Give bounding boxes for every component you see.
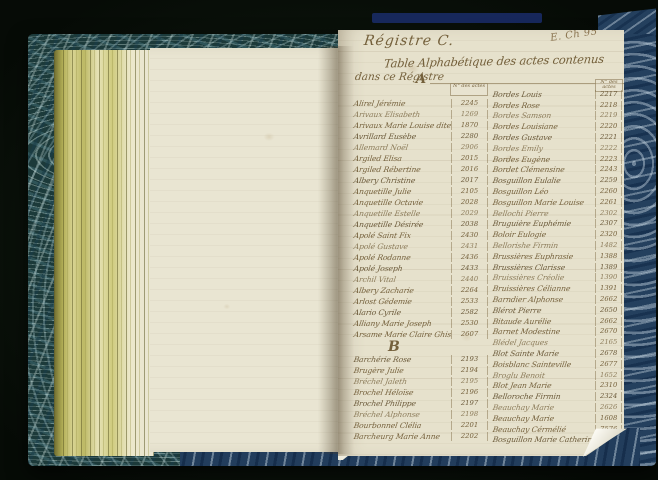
act-number: 2165 [595, 338, 622, 347]
register-row: Broglu Benoit 1652 [490, 369, 622, 380]
register-row: Beauchay Marie 1608 [490, 412, 622, 423]
person-name: Bordes Louis [490, 90, 597, 99]
person-name: Apolé Gustave [352, 242, 452, 251]
act-number: 2650 [595, 306, 622, 315]
register-row: Albery Christine 2017 [352, 174, 488, 185]
person-name: Alliany Marie Joseph [352, 319, 452, 328]
act-number: 2038 [451, 220, 488, 229]
person-name: Bordes Gustave [490, 133, 597, 142]
person-name: Apolé Saint Fix [352, 231, 452, 240]
act-number: 2431 [451, 242, 488, 251]
register-row: Beauchay Marie 2626 [490, 401, 622, 412]
person-name: Bosguillon Marie Louise [490, 198, 597, 207]
book-gutter-shadow [318, 46, 354, 454]
person-name: Arivaux Marie Louise dite Scévily [352, 121, 452, 130]
register-row: Blérot Pierre 2650 [490, 304, 622, 315]
person-name: Bréchel Jaleth [352, 377, 452, 386]
register-row: Bellochi Pierre 2302 [490, 207, 622, 218]
person-name: Belloroche Firmin [490, 392, 597, 401]
register-row: Bruguière Euphémie 2307 [490, 218, 622, 229]
register-row: Archil Vital 2440 [352, 273, 488, 284]
register-row: Bruissières Célianne 1391 [490, 282, 622, 293]
section-letter-b: B [352, 339, 488, 353]
act-number: 2195 [451, 377, 488, 386]
person-name: Bellochi Pierre [490, 209, 597, 218]
person-name: Avrillard Eusèbe [352, 132, 452, 141]
register-row: Brochel Héloïse 2196 [352, 386, 488, 397]
register-row: Blédel Jacques 2165 [490, 336, 622, 347]
act-number: 2261 [595, 198, 622, 207]
register-row: Bellorishe Firmin 1482 [490, 239, 622, 250]
act-number: 2223 [595, 155, 622, 164]
act-number: 2198 [451, 410, 488, 419]
act-number: 1389 [595, 263, 622, 272]
register-row: Bruissières Créolie 1390 [490, 272, 622, 283]
register-row: Alliany Marie Joseph 2530 [352, 317, 488, 328]
person-name: Brochel Héloïse [352, 388, 452, 397]
act-number: 2196 [451, 388, 488, 397]
person-name: Anquetille Désirée [352, 220, 452, 229]
register-row: Alirel Jérémie 2245 [352, 97, 488, 108]
act-number: 1269 [451, 110, 488, 119]
person-name: Bordes Samson [490, 111, 597, 120]
register-scan: E. Ch 95 Régistre C. Table Alphabétique … [0, 0, 658, 480]
person-name: Bruissières Créolie [490, 273, 597, 282]
person-name: Bitaude Aurélie [490, 317, 597, 326]
person-name: Beauchay Cérmélié [490, 425, 597, 434]
act-number: 2220 [595, 122, 622, 131]
register-row: Barndier Alphonse 2662 [490, 293, 622, 304]
act-number: 1870 [451, 121, 488, 130]
act-number: 1388 [595, 252, 622, 261]
register-row: Arsame Marie Claire Ghislaine 2607 [352, 328, 488, 339]
register-row: Bordes Samson 2219 [490, 110, 622, 121]
act-number: 2219 [595, 111, 622, 120]
act-number: 2307 [595, 219, 622, 228]
register-row: Brussières Clarisse 1389 [490, 261, 622, 272]
act-number: 2105 [451, 187, 488, 196]
person-name: Blot Sainte Marie [490, 349, 597, 358]
register-row: Boisblanc Sainteville 2677 [490, 358, 622, 369]
person-name: Barcheurg Marie Anne [352, 432, 452, 441]
person-name: Bosguillon Eulalie [490, 176, 597, 185]
act-number: 2017 [451, 176, 488, 185]
act-number: 2430 [451, 231, 488, 240]
act-number: 2222 [595, 144, 622, 153]
register-row: Bosguillon Marie Louise 2261 [490, 196, 622, 207]
person-name: Argiled Rébertine [352, 165, 452, 174]
page-subtitle-line1: Table Alphabétique des actes contenus [383, 51, 622, 70]
person-name: Barnet Modestine [490, 327, 597, 336]
act-number: 2530 [451, 319, 488, 328]
act-number: 2533 [451, 297, 488, 306]
book-spine-strip [372, 13, 542, 23]
act-number: 2677 [595, 360, 622, 369]
register-row: Bordet Clémensine 2243 [490, 164, 622, 175]
act-number: 2260 [595, 187, 622, 196]
register-row: Argiled Rébertine 2016 [352, 163, 488, 174]
register-row: Bordes Rose 2218 [490, 99, 622, 110]
act-number: 2662 [595, 295, 622, 304]
person-name: Bellorishe Firmin [490, 241, 597, 250]
register-row: Bordes Emily 2222 [490, 142, 622, 153]
act-number: 2202 [451, 432, 488, 441]
register-row: Arivaux Marie Louise dite Scévily 1870 [352, 119, 488, 130]
person-name: Bruissières Célianne [490, 284, 597, 293]
register-row: Bordes Louisiane 2220 [490, 120, 622, 131]
act-number: 2015 [451, 154, 488, 163]
right-page: E. Ch 95 Régistre C. Table Alphabétique … [338, 30, 624, 456]
act-number: 2217 [595, 90, 622, 99]
register-row: Bordes Louis 2217 [490, 88, 622, 99]
right-column: Bordes Louis 2217 Bordes Rose 2218 Borde… [490, 88, 622, 444]
act-number: 2324 [595, 392, 622, 401]
register-row: Bordes Gustave 2221 [490, 131, 622, 142]
person-name: Arlost Gédemie [352, 297, 452, 306]
act-number: 2906 [451, 143, 488, 152]
register-row: Boloir Eulogie 2320 [490, 228, 622, 239]
page-edges-stack [54, 50, 154, 456]
person-name: Bordes Emily [490, 144, 597, 153]
left-column: A Alirel Jérémie 2245 Arivaux Elisabeth … [352, 72, 488, 441]
person-name: Albery Christine [352, 176, 452, 185]
act-number: 2280 [451, 132, 488, 141]
register-row: Brugère Julie 2194 [352, 364, 488, 375]
person-name: Apolé Rodanne [352, 253, 452, 262]
register-row: Bordes Eugène 2223 [490, 153, 622, 164]
act-number: 2197 [451, 399, 488, 408]
person-name: Boisblanc Sainteville [490, 360, 597, 369]
act-number: 2245 [451, 99, 488, 108]
person-name: Broglu Benoit [490, 371, 597, 380]
act-number: 2662 [595, 317, 622, 326]
act-number: 2440 [451, 275, 488, 284]
person-name: Brugère Julie [352, 366, 452, 375]
register-row: Barchérie Rose 2193 [352, 353, 488, 364]
act-number: 2678 [595, 349, 622, 358]
person-name: Anquetille Octavie [352, 198, 452, 207]
person-name: Bréchel Alphonse [352, 410, 452, 419]
act-number: 2218 [595, 101, 622, 110]
register-row: Brussières Euphrasie 1388 [490, 250, 622, 261]
page-title: Régistre C. [363, 33, 455, 49]
act-number: 2016 [451, 165, 488, 174]
act-number: 2626 [595, 403, 622, 412]
act-number: 2582 [451, 308, 488, 317]
person-name: Brussières Euphrasie [490, 252, 597, 261]
register-row: Apolé Gustave 2431 [352, 240, 488, 251]
register-row: Apolé Rodanne 2436 [352, 251, 488, 262]
register-row: Blot Jean Marie 2310 [490, 380, 622, 391]
person-name: Bosguillon Marie Catherine [490, 435, 597, 444]
act-number: 2243 [595, 165, 622, 174]
register-row: Apolé Saint Fix 2430 [352, 229, 488, 240]
register-row: Belloroche Firmin 2324 [490, 390, 622, 401]
register-row: Anquetille Estelle 2029 [352, 207, 488, 218]
register-row: Apolé Joseph 2433 [352, 262, 488, 273]
register-row: Brochel Philippe 2197 [352, 397, 488, 408]
act-number: 2320 [595, 230, 622, 239]
act-number: 2193 [451, 355, 488, 364]
act-number: 1482 [595, 241, 622, 250]
register-row: Anquetille Octavie 2028 [352, 196, 488, 207]
person-name: Blédel Jacques [490, 338, 597, 347]
register-row: Alario Cyrile 2582 [352, 306, 488, 317]
person-name: Beauchay Marie [490, 403, 597, 412]
act-number: 2259 [595, 176, 622, 185]
person-name: Beauchay Marie [490, 414, 597, 423]
act-number: 2194 [451, 366, 488, 375]
act-number: 2201 [451, 421, 488, 430]
register-row: Blot Sainte Marie 2678 [490, 347, 622, 358]
act-number: 1652 [595, 371, 622, 380]
register-row: Barcheurg Marie Anne 2202 [352, 430, 488, 441]
act-number: 2029 [451, 209, 488, 218]
person-name: Argiled Elisa [352, 154, 452, 163]
register-row: Barnet Modestine 2670 [490, 326, 622, 337]
person-name: Anquetille Estelle [352, 209, 452, 218]
person-name: Arivaux Elisabeth [352, 110, 452, 119]
register-row: Anquetille Désirée 2038 [352, 218, 488, 229]
act-number: 2607 [451, 330, 488, 339]
register-row: Arivaux Elisabeth 1269 [352, 108, 488, 119]
act-number: 2670 [595, 327, 622, 336]
person-name: Bordes Louisiane [490, 122, 597, 131]
person-name: Barndier Alphonse [490, 295, 597, 304]
person-name: Archil Vital [352, 275, 452, 284]
person-name: Barchérie Rose [352, 355, 452, 364]
person-name: Bordes Rose [490, 101, 597, 110]
register-row: Bourbonnel Clélia 2201 [352, 419, 488, 430]
person-name: Allemard Noël [352, 143, 452, 152]
register-row: Bitaude Aurélie 2662 [490, 315, 622, 326]
person-name: Anquetille Julie [352, 187, 452, 196]
register-row: Albery Zacharie 2264 [352, 284, 488, 295]
register-row: Bréchel Alphonse 2198 [352, 408, 488, 419]
register-row: Bosguillon Léo 2260 [490, 185, 622, 196]
person-name: Bruguière Euphémie [490, 219, 597, 228]
section-letter-a: A [352, 72, 488, 97]
act-number: 2221 [595, 133, 622, 142]
act-number: 1390 [595, 273, 622, 282]
act-number: 2436 [451, 253, 488, 262]
register-row: Arlost Gédemie 2533 [352, 295, 488, 306]
act-number: 2264 [451, 286, 488, 295]
person-name: Alirel Jérémie [352, 99, 452, 108]
act-number: 2302 [595, 209, 622, 218]
person-name: Bordes Eugène [490, 155, 597, 164]
person-name: Bosguillon Léo [490, 187, 597, 196]
act-number: 1391 [595, 284, 622, 293]
person-name: Brochel Philippe [352, 399, 452, 408]
register-row: Anquetille Julie 2105 [352, 185, 488, 196]
register-row: Allemard Noël 2906 [352, 141, 488, 152]
person-name: Blérot Pierre [490, 306, 597, 315]
register-row: Bosguillon Eulalie 2259 [490, 174, 622, 185]
person-name: Boloir Eulogie [490, 230, 597, 239]
left-page-blank [150, 48, 342, 452]
act-number: 2310 [595, 381, 622, 390]
person-name: Bordet Clémensine [490, 165, 597, 174]
act-number: 2433 [451, 264, 488, 273]
act-number: 1608 [595, 414, 622, 423]
person-name: Albery Zacharie [352, 286, 452, 295]
person-name: Blot Jean Marie [490, 381, 597, 390]
act-number: 2028 [451, 198, 488, 207]
person-name: Apolé Joseph [352, 264, 452, 273]
register-row: Argiled Elisa 2015 [352, 152, 488, 163]
register-row: Bréchel Jaleth 2195 [352, 375, 488, 386]
person-name: Bourbonnel Clélia [352, 421, 452, 430]
person-name: Brussières Clarisse [490, 263, 597, 272]
register-row: Avrillard Eusèbe 2280 [352, 130, 488, 141]
person-name: Arsame Marie Claire Ghislaine [352, 330, 452, 339]
person-name: Alario Cyrile [352, 308, 452, 317]
